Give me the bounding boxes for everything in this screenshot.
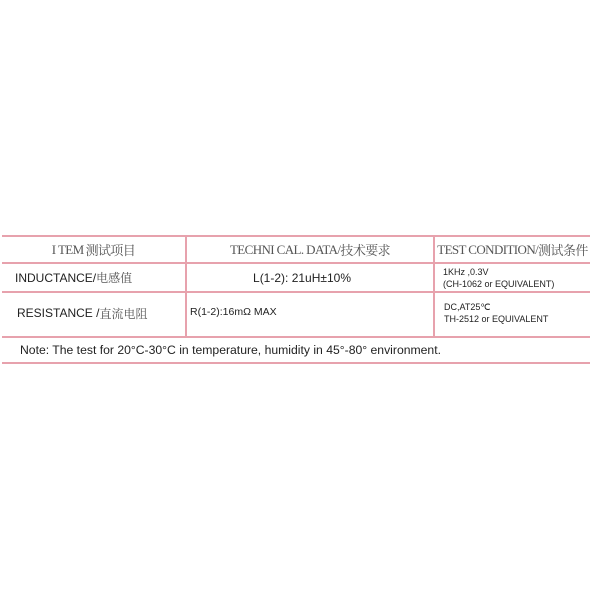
table-row-2-technical: R(1-2):16mΩ MAX [190,293,277,331]
table-row-1-condition: 1KHz ,0.3V (CH-1062 or EQUIVALENT) [443,264,554,291]
row1-technical-value: L(1-2): 21uH±10% [253,271,351,285]
table-row-1-item: INDUCTANCE/ 电感值 [15,264,132,291]
table-row-2-condition: DC,AT25℃ TH-2512 or EQUIVALENT [444,293,548,333]
header-technical-zh: 技术要求 [340,240,390,259]
row1-condition-line1: 1KHz ,0.3V [443,266,489,278]
header-condition-en: TEST CONDITION/ [437,242,538,258]
note-text: Note: The test for 20°C-30°C in temperat… [20,343,441,357]
row2-condition-line2: TH-2512 or EQUIVALENT [444,313,548,325]
header-item-en: I TEM [52,242,84,258]
header-condition: TEST CONDITION/ 测试条件 [435,237,590,262]
header-condition-zh: 测试条件 [538,240,588,259]
note-bottom-rule [2,362,590,364]
test-note: Note: The test for 20°C-30°C in temperat… [20,338,441,362]
table-row-2-item: RESISTANCE / 直流电阻 [17,293,147,333]
header-technical: TECHNI CAL. DATA/ 技术要求 [187,237,433,262]
row1-item-zh: 电感值 [96,269,132,286]
row1-condition-line2: (CH-1062 or EQUIVALENT) [443,278,554,290]
header-technical-en: TECHNI CAL. DATA/ [230,242,340,258]
table-row-1-technical: L(1-2): 21uH±10% [187,264,433,291]
row2-condition-line1: DC,AT25℃ [444,301,490,313]
row2-item-zh: 直流电阻 [99,305,147,322]
row1-item-en: INDUCTANCE/ [15,271,96,285]
header-item: I TEM 测试项目 [2,237,185,262]
row2-technical-value: R(1-2):16mΩ MAX [190,306,277,318]
header-item-zh: 测试项目 [86,240,136,259]
row2-item-en: RESISTANCE / [17,306,99,320]
